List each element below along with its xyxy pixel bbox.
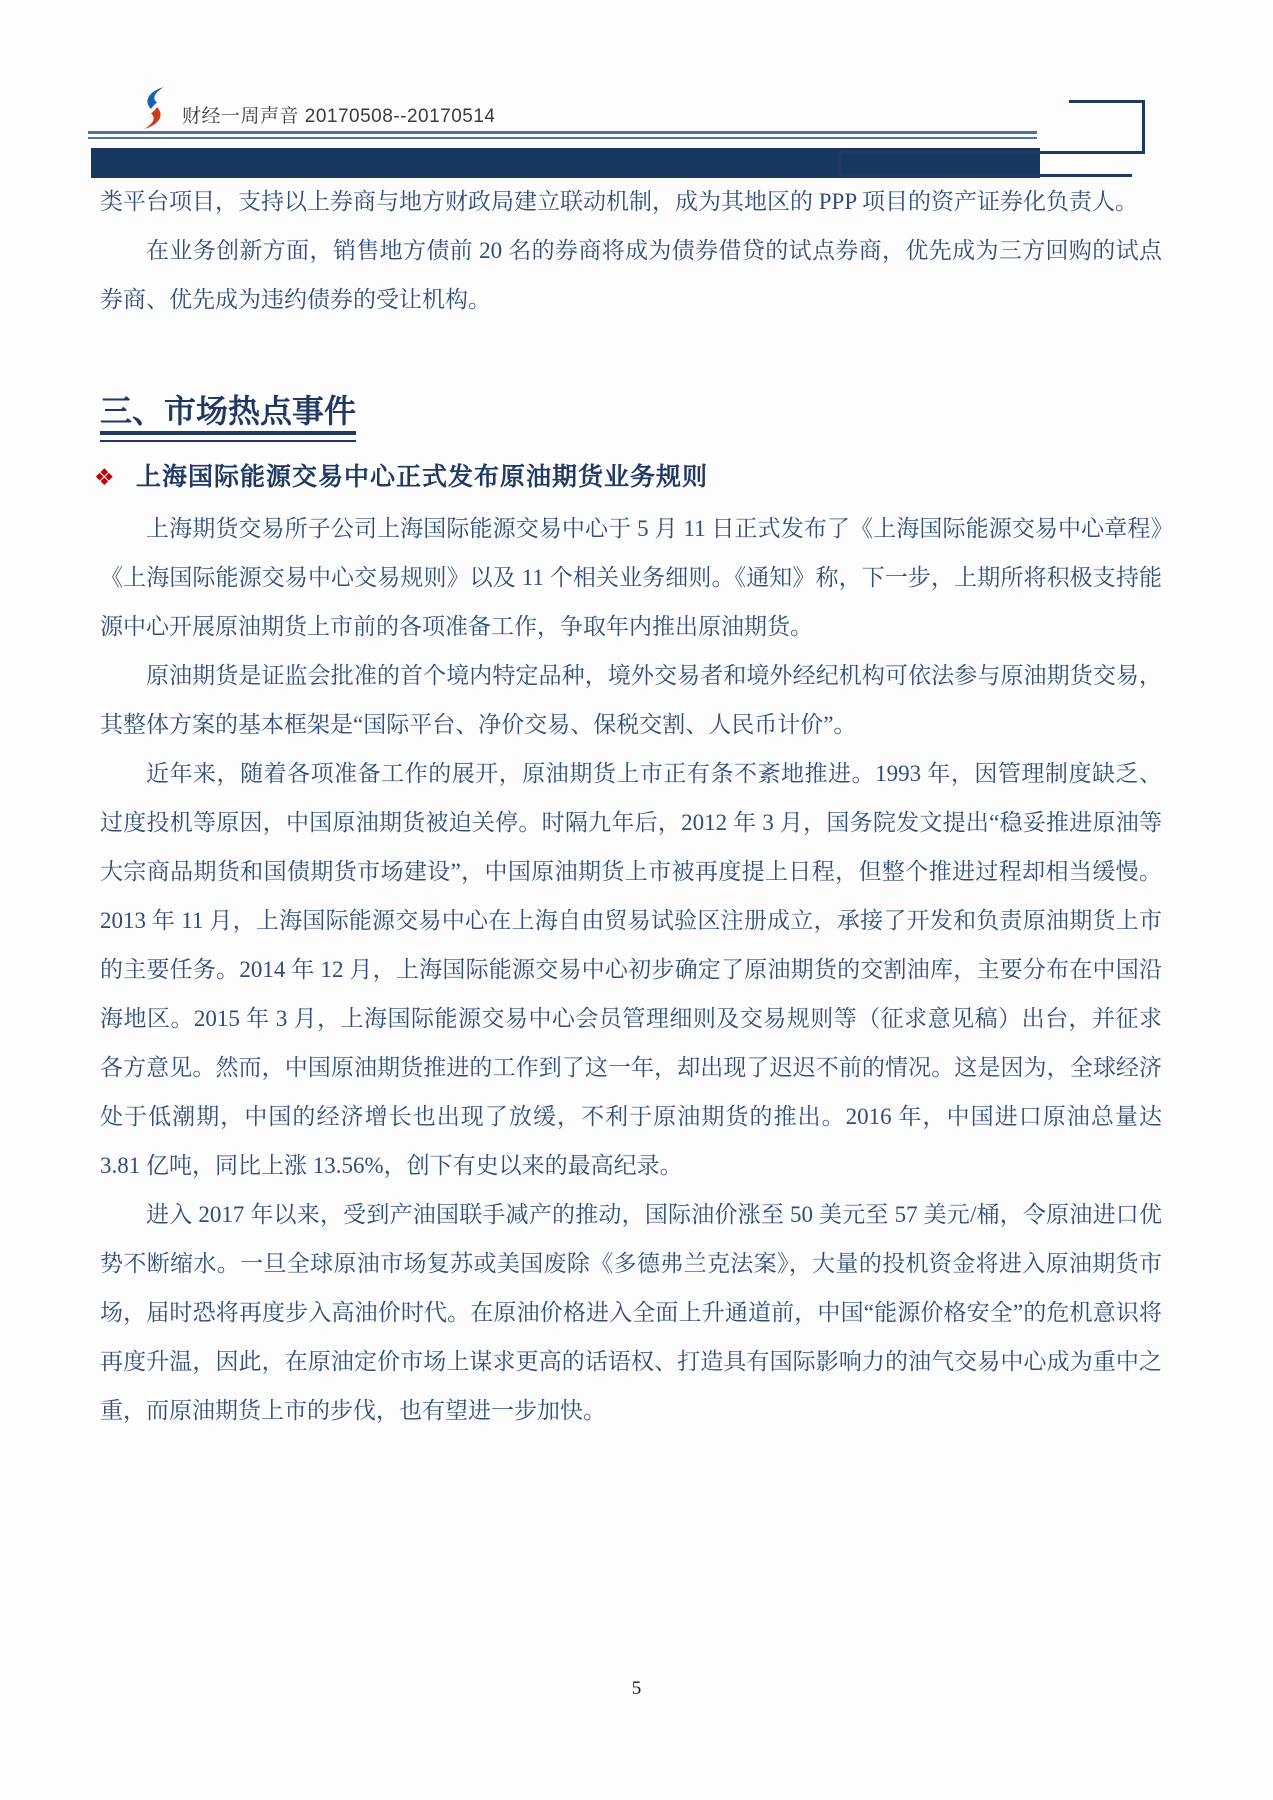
header-title: 财经一周声音 20170508--20170514 (182, 101, 496, 128)
bullet-item-title: 上海国际能源交易中心正式发布原油期货业务规则 (136, 462, 708, 494)
company-logo-icon (139, 86, 169, 130)
section-heading: 三、市场热点事件 (100, 394, 356, 442)
bullet-item: ❖ 上海国际能源交易中心正式发布原油期货业务规则 (94, 462, 1162, 494)
header-box-decoration (1069, 100, 1145, 103)
diamond-bullet-icon: ❖ (94, 462, 136, 494)
header-box-decoration (1142, 100, 1145, 154)
document-body: 类平台项目，支持以上券商与地方财政局建立联动机制，成为其地区的 PPP 项目的资… (100, 177, 1162, 1435)
paragraph: 类平台项目，支持以上券商与地方财政局建立联动机制，成为其地区的 PPP 项目的资… (100, 177, 1162, 226)
paragraph: 上海期货交易所子公司上海国际能源交易中心于 5 月 11 日正式发布了《上海国际… (100, 504, 1162, 651)
document-page: 财经一周声音 20170508--20170514 类平台项目，支持以上券商与地… (0, 0, 1273, 1800)
paragraph: 进入 2017 年以来，受到产油国联手减产的推动，国际油价涨至 50 美元至 5… (100, 1190, 1162, 1435)
header-box-decoration (838, 151, 1145, 154)
header-rule (88, 131, 1037, 139)
paragraph: 原油期货是证监会批准的首个境内特定品种，境外交易者和境外经纪机构可依法参与原油期… (100, 651, 1162, 749)
page-number: 5 (0, 1678, 1273, 1700)
paragraph: 在业务创新方面，销售地方债前 20 名的券商将成为债券借贷的试点券商，优先成为三… (100, 226, 1162, 324)
paragraph: 近年来，随着各项准备工作的展开，原油期货上市正有条不紊地推进。1993 年，因管… (100, 749, 1162, 1190)
